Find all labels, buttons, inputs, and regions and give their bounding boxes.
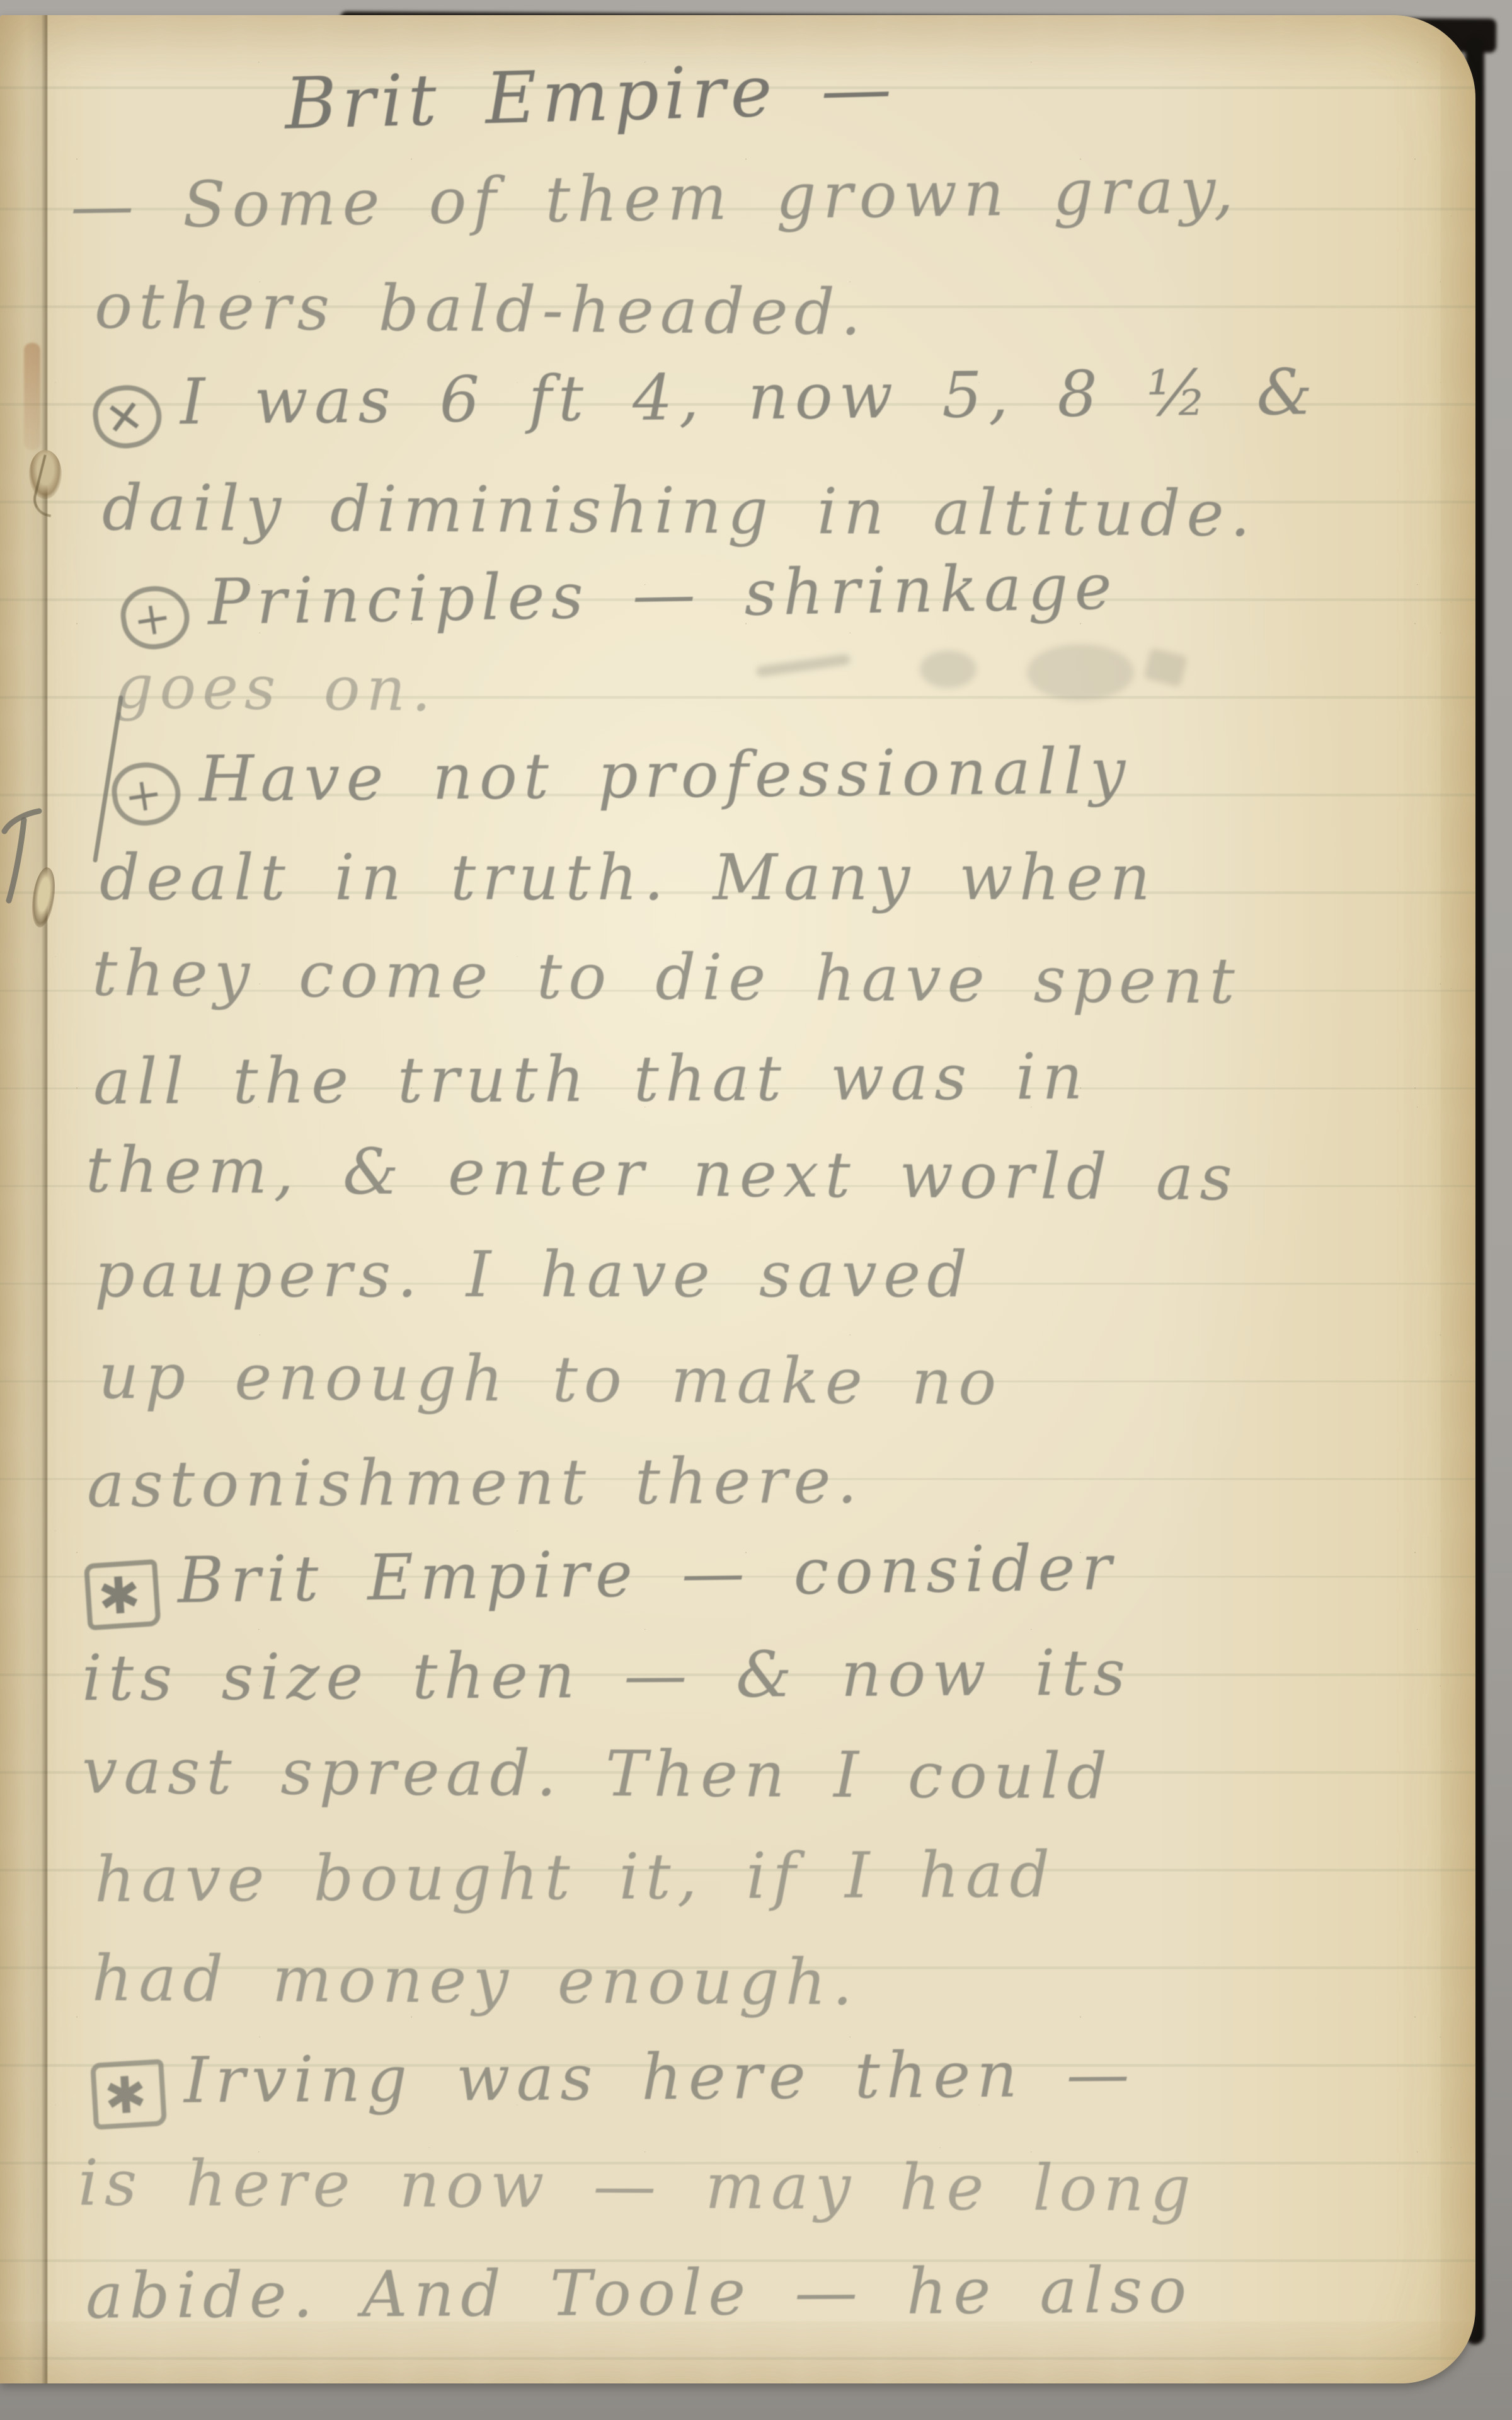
hand-line: up enough to make no xyxy=(98,1339,1003,1419)
hand-line: them, & enter next world as xyxy=(86,1133,1239,1215)
hand-line: paupers. I have saved xyxy=(94,1238,973,1311)
hand-line: ✱Irving was here then — xyxy=(92,2037,1137,2128)
hand-line: abide. And Toole — he also xyxy=(86,2253,1193,2332)
hand-line: daily diminishing in altitude. xyxy=(102,471,1257,551)
hand-line: ✱Brit Empire — consider xyxy=(85,1531,1118,1629)
hand-line: ✕I was 6 ft 4, now 5, 8 ½ & xyxy=(93,355,1319,449)
hand-line-text: Have not professionally xyxy=(198,734,1131,816)
hand-line-text: Brit Empire — consider xyxy=(177,1531,1118,1618)
boxed-star-mark: ✱ xyxy=(84,1559,161,1630)
hand-line-text: Irving was here then — xyxy=(184,2037,1136,2117)
hand-line: +Principles — shrinkage xyxy=(120,550,1119,650)
hand-line: dealt in truth. Many when xyxy=(100,841,1157,914)
hand-line: +Have not professionally xyxy=(112,734,1131,826)
circled-x-mark: ✕ xyxy=(89,381,166,453)
hand-line: they come to die have spent xyxy=(92,936,1242,1018)
hand-line: astonishment there. xyxy=(87,1444,864,1521)
hand-line: all the truth that was in xyxy=(93,1040,1089,1119)
hand-line-text: Principles — shrinkage xyxy=(207,550,1119,639)
hand-line: vast spread. Then I could xyxy=(82,1734,1114,1814)
notebook-page: Brit Empire — — Some of them grown gray,… xyxy=(0,15,1475,2383)
paper-tear-top xyxy=(24,343,40,450)
hand-line: is here now — may he long xyxy=(78,2146,1198,2225)
title-line: Brit Empire — xyxy=(283,47,897,145)
boxed-star-mark: ✱ xyxy=(90,2059,167,2130)
margin-pencil-mark xyxy=(0,806,44,907)
erased-smudge xyxy=(731,639,1222,727)
hand-line-text: I was 6 ft 4, now 5, 8 ½ & xyxy=(180,355,1319,439)
circled-plus-mark: + xyxy=(108,758,185,830)
circled-plus-mark: + xyxy=(117,581,193,654)
hand-line: goes on. xyxy=(115,652,438,725)
hand-line: have bought it, if I had xyxy=(94,1838,1057,1916)
hand-line: had money enough. xyxy=(92,1942,859,2019)
hand-line: its size then — & now its xyxy=(82,1636,1132,1715)
hand-line: others bald-headed. xyxy=(94,269,868,350)
